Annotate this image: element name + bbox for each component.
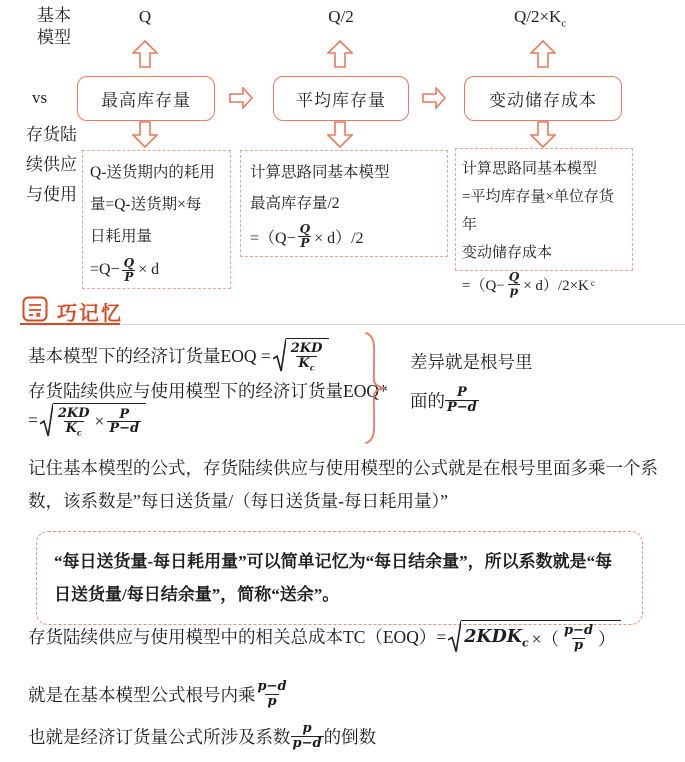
line-reciprocal: 也就是经济订货量公式所涉及系数 p p−d 的倒数 [28,722,376,750]
note-variable-storage-cost: 计算思路同基本模型 =平均库存量×单位存货年 变动储存成本 =（Q− Q p ×… [455,148,633,271]
note-text: 计算思路同基本模型 =平均库存量×单位存货年 变动储存成本 [462,155,626,267]
note-formula: =（Q− Q P × d）/2 [250,223,438,249]
label-basic-model: 基本 模型 [28,5,80,49]
right-arrow-icon [422,87,446,109]
line-multiply-inside-radical: 就是在基本模型公式根号内乘 p−d p [28,680,289,708]
radical: 2KDKc ×（ p−d p ） [448,620,620,653]
note-formula: =Q− Q P × d [90,257,223,283]
radical-sign-icon [448,620,461,653]
paragraph-coefficient: 记住基本模型的公式，存货陆续供应与使用模型的公式就是在根号里面多乘一个系数，该系… [28,452,676,518]
label-vs: vs [32,87,47,109]
fraction: Q P [298,223,312,249]
label-continuous-supply: 存货陆 续供应 与使用 [26,120,84,210]
node-avg-inventory: 平均库存量 [273,76,409,121]
fraction: 2KD Kc [56,407,92,437]
fraction: p p−d [291,722,324,750]
down-arrow-icon [530,121,556,148]
note-formula: =（Q− Q p × d）/2×Kc [462,271,626,297]
node-variable-storage-cost: 变动储存成本 [464,76,622,121]
right-arrow-icon [229,87,253,109]
up-arrow-icon [530,40,556,68]
up-arrow-icon [327,40,353,68]
down-arrow-icon [327,121,353,148]
node-max-inventory: 最高库存量 [77,76,215,121]
note-text: Q-送货期内的耗用 量=Q-送货期×每 日耗用量 [90,157,223,253]
section-title: 巧记忆 [57,297,123,326]
up-arrow-icon [132,40,158,68]
fraction: Q p [507,271,521,297]
fraction: p−d p [256,680,289,708]
formula-eoq-basic: 基本模型下的经济订货量EOQ = 2KD Kc [28,338,331,373]
fraction: Q P [122,257,136,283]
value-q: Q [95,7,195,27]
formula-eoq-continuous: = 2KD Kc × P P−d [28,403,148,438]
memo-icon [22,296,48,322]
formula-tc: 存货陆续供应与使用模型中的相关总成本TC（EOQ）= 2KDKc ×（ p−d … [28,620,623,653]
fraction: 2KD Kc [289,342,325,372]
fraction: p−d p [562,624,595,652]
fraction: P P−d [445,386,479,414]
study-notes-page: 基本 模型 Q Q/2 Q/2×Kc vs 最高库存量 平均库存量 变动储存成本… [0,0,685,762]
note-max-inventory: Q-送货期内的耗用 量=Q-送货期×每 日耗用量 =Q− Q P × d [82,150,231,289]
section-divider [120,324,685,325]
down-arrow-icon [132,121,158,148]
value-q-half-kc: Q/2×Kc [470,7,610,29]
note-text: 计算思路同基本模型 最高库存量/2 [250,157,438,219]
difference-note-line1: 差异就是根号里 [410,347,533,377]
difference-note-line2: 面的 P P−d [410,386,479,414]
radical-sign-icon [273,338,286,373]
brace-icon [362,331,386,445]
note-avg-inventory: 计算思路同基本模型 最高库存量/2 =（Q− Q P × d）/2 [240,150,448,257]
radical: 2KD Kc [273,338,330,373]
value-q-half: Q/2 [291,7,391,27]
title-underline [20,323,120,325]
fraction: P P−d [107,408,141,436]
radical-sign-icon [40,403,53,438]
radical: 2KD Kc × P P−d [40,403,146,438]
tip-box: “每日送货量-每日耗用量”可以简单记忆为“每日结余量”，所以系数就是“每日送货量… [36,531,643,625]
